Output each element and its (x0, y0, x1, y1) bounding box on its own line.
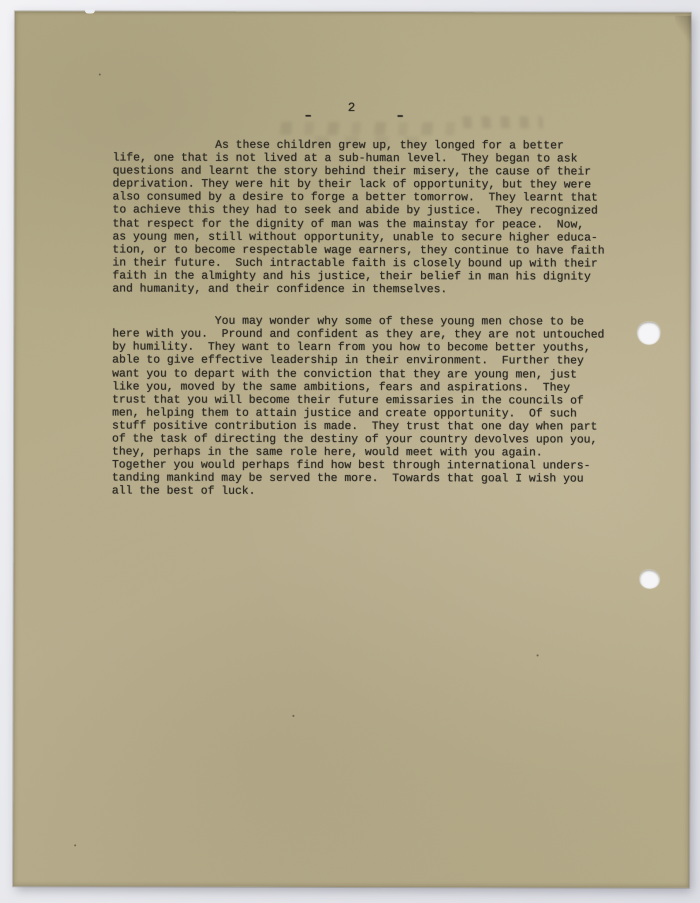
typewritten-line: all the best of luck. (112, 486, 604, 500)
document-page: - 2 - As these children grew up, they lo… (13, 11, 691, 887)
typewritten-line: As these children grew up, they longed f… (113, 139, 605, 153)
paper-speck (74, 844, 76, 846)
punch-hole (640, 570, 660, 589)
paper-speck (292, 715, 294, 717)
typewritten-line: life, one that is not lived at a sub-hum… (113, 153, 605, 167)
header-dash-right: - (395, 109, 406, 123)
typewritten-line: able to give effective leadership in the… (112, 355, 604, 369)
typewritten-line: to achieve this they had to seek and abi… (112, 205, 604, 219)
header-dash-left: - (303, 109, 314, 123)
corner-fold (675, 16, 691, 44)
typewritten-line: of the task of directing the destiny of … (112, 433, 604, 447)
page-number: 2 (348, 101, 356, 115)
paper-speck (99, 73, 101, 75)
typewritten-line: stuff positive contribution is made. The… (112, 420, 604, 434)
typewritten-line: trust that you will become their future … (112, 394, 604, 408)
paragraph-2: You may wonder why some of these young m… (112, 316, 605, 500)
typewritten-line: want you to depart with the conviction t… (112, 368, 604, 382)
typewritten-line: they, perhaps in the same role here, wou… (112, 447, 604, 461)
photo-background: - 2 - As these children grew up, they lo… (0, 0, 700, 903)
punch-hole (637, 322, 660, 345)
typewritten-line: faith in the almighty and his justice, t… (112, 270, 604, 284)
paper-edge-notch (85, 9, 95, 13)
typewritten-body: As these children grew up, they longed f… (112, 139, 605, 499)
paper-speck (537, 654, 539, 656)
typewritten-line: as young men, still without opportunity,… (112, 231, 604, 245)
typewritten-line: tion, or to become respectable wage earn… (112, 244, 604, 258)
typewritten-line: like you, moved by the same ambitions, f… (112, 381, 604, 395)
typewritten-line: that respect for the dignity of man was … (112, 218, 604, 232)
typewritten-line: in their future. Such intractable faith … (112, 257, 604, 271)
typewritten-line: men, helping them to attain justice and … (112, 407, 604, 421)
paragraph-1: As these children grew up, they longed f… (112, 139, 604, 297)
ink-bleed-through (280, 122, 461, 135)
typewritten-line: and humanity, and their confidence in th… (112, 284, 604, 298)
ink-bleed-through (462, 116, 543, 128)
typewritten-line: You may wonder why some of these young m… (112, 316, 604, 330)
